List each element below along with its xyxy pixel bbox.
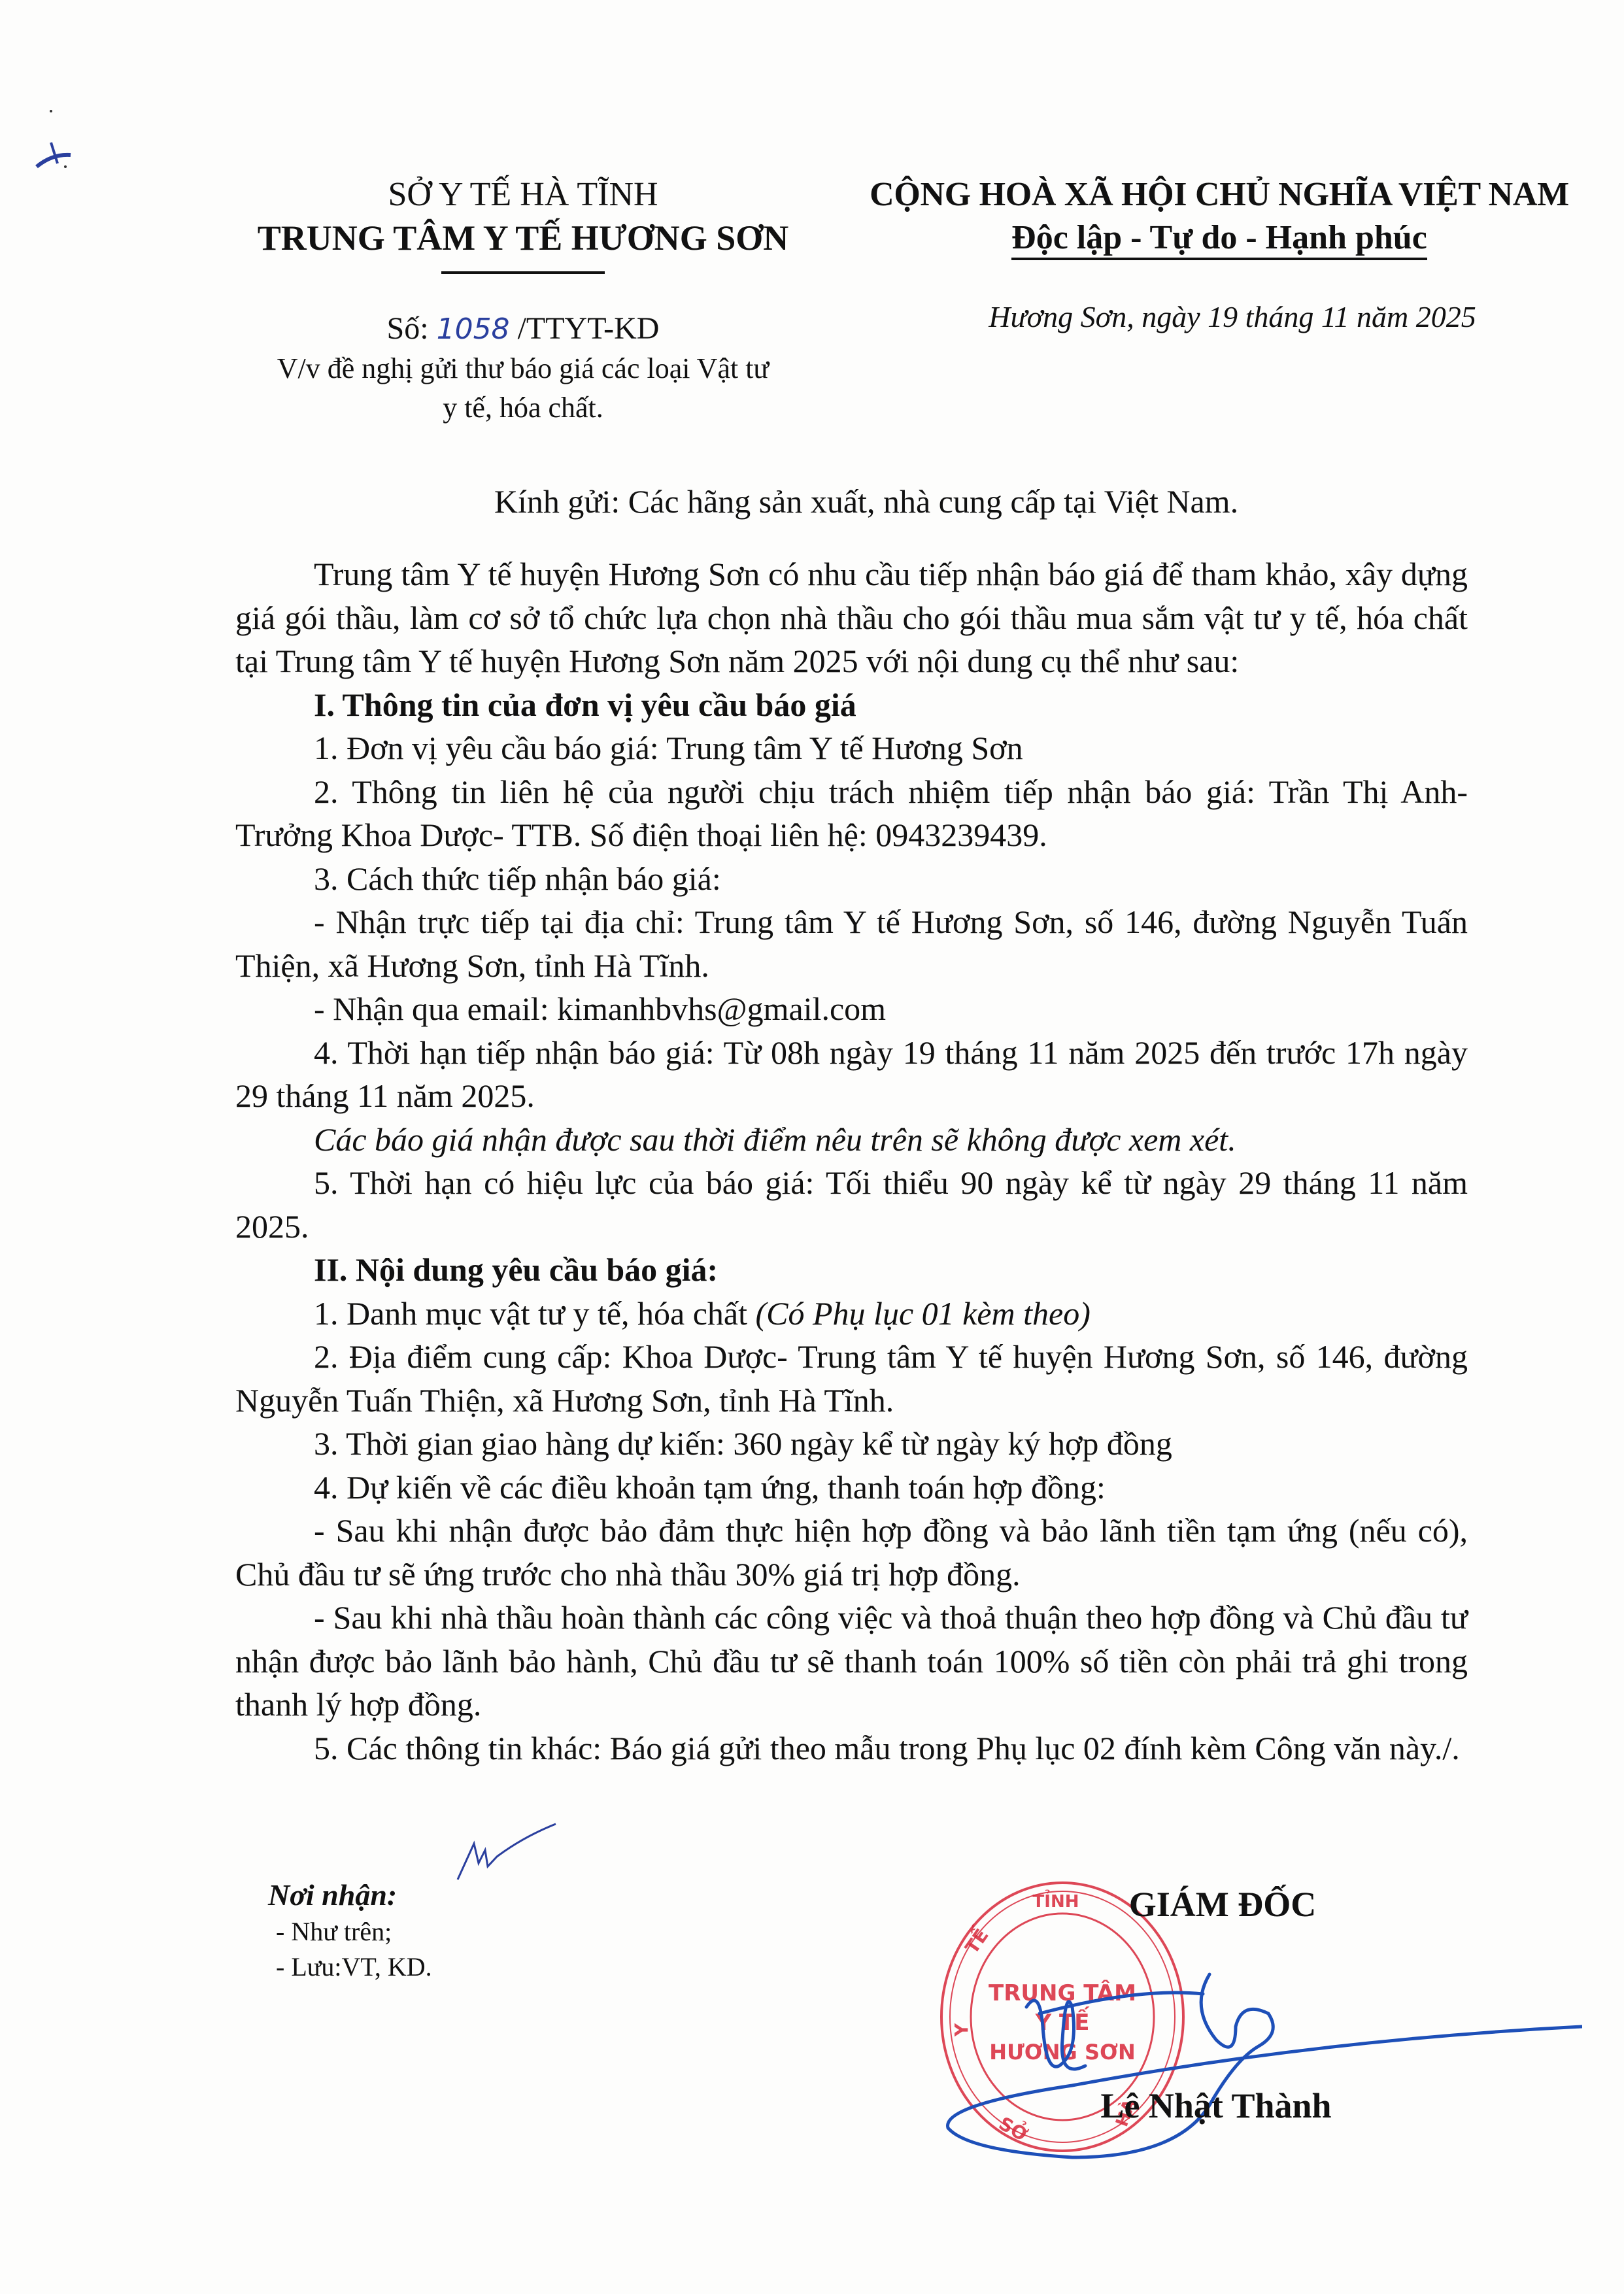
header-underline [441,271,605,274]
letter-body: Trung tâm Y tế huyện Hương Sơn có nhu cầ… [235,552,1468,1770]
national-header-block: CỘNG HOÀ XÃ HỘI CHỦ NGHĨA VIỆT NAM Độc l… [843,173,1595,337]
organization-name: TRUNG TÂM Y TẾ HƯƠNG SƠN [196,216,850,260]
section-2-item-4-b: - Sau khi nhà thầu hoàn thành các công v… [235,1596,1468,1727]
subject-line-1: V/v đề nghị gửi thư báo giá các loại Vật… [196,349,850,388]
section-1-item-4: 4. Thời hạn tiếp nhận báo giá: Từ 08h ng… [235,1031,1468,1118]
section-2-item-3: 3. Thời gian giao hàng dự kiến: 360 ngày… [235,1422,1468,1466]
place-date: Hương Sơn, ngày 19 tháng 11 năm 2025 [843,297,1595,337]
section-1-item-2: 2. Thông tin liên hệ của người chịu trác… [235,770,1468,857]
pen-mark-icon [33,98,118,177]
recipients-block: Nơi nhận: - Như trên; - Lưu:VT, KD. [268,1876,726,1985]
national-motto: Độc lập - Tự do - Hạnh phúc [843,216,1595,260]
section-2-item-5: 5. Các thông tin khác: Báo giá gửi theo … [235,1727,1468,1770]
appendix-note: (Có Phụ lục 01 kèm theo) [756,1295,1091,1332]
intro-paragraph: Trung tâm Y tế huyện Hương Sơn có nhu cầ… [235,552,1468,683]
initials-signature-icon [445,1817,575,1883]
section-2-item-4-a: - Sau khi nhận được bảo đảm thực hiện hợ… [235,1509,1468,1596]
national-title: CỘNG HOÀ XÃ HỘI CHỦ NGHĨA VIỆT NAM [843,173,1595,216]
signer-name: Lê Nhật Thành [1020,2084,1412,2127]
issuing-authority-block: SỞ Y TẾ HÀ TĨNH TRUNG TÂM Y TẾ HƯƠNG SƠN… [196,173,850,428]
section-1-item-5: 5. Thời hạn có hiệu lực của báo giá: Tối… [235,1161,1468,1248]
handwritten-number: 1058 [437,312,510,346]
section-2-heading: II. Nội dung yêu cầu báo giá: [235,1248,1468,1292]
section-1-item-3: 3. Cách thức tiếp nhận báo giá: [235,857,1468,901]
recipients-title: Nơi nhận: [268,1876,726,1914]
section-1-item-3-direct: - Nhận trực tiếp tại địa chỉ: Trung tâm … [235,900,1468,987]
section-1-item-3-email: - Nhận qua email: kimanhbvhs@gmail.com [235,987,1468,1031]
section-2-item-2: 2. Địa điểm cung cấp: Khoa Dược- Trung t… [235,1335,1468,1422]
document-number: Số: 1058 /TTYT-KD [196,309,850,349]
department-name: SỞ Y TẾ HÀ TĨNH [196,173,850,216]
recipient-item: - Như trên; [268,1914,726,1949]
recipient-item: - Lưu:VT, KD. [268,1949,726,1985]
section-2-item-1: 1. Danh mục vật tư y tế, hóa chất (Có Ph… [235,1292,1468,1336]
section-1-item-4-note: Các báo giá nhận được sau thời điểm nêu … [235,1118,1468,1162]
section-1-item-1: 1. Đơn vị yêu cầu báo giá: Trung tâm Y t… [235,726,1468,770]
section-1-heading: I. Thông tin của đơn vị yêu cầu báo giá [235,683,1468,727]
subject-line-2: y tế, hóa chất. [196,388,850,428]
handwritten-signature-icon [928,1909,1582,2184]
salutation: Kính gửi: Các hãng sản xuất, nhà cung cấ… [229,481,1504,522]
section-2-item-4: 4. Dự kiến về các điều khoản tạm ứng, th… [235,1466,1468,1510]
